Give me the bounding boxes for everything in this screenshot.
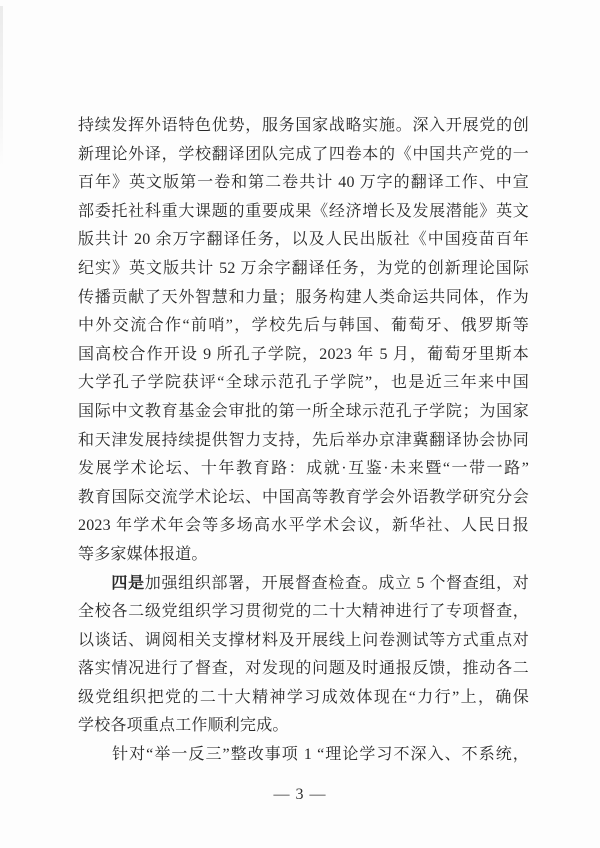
text-line: 新理论外译，学校翻译团队完成了四卷本的《中国共产党的一: [78, 141, 529, 170]
text-run: 国高校合作开设 9 所孔子学院，2023 年 5 月，葡萄牙里斯本: [78, 346, 529, 363]
text-line: 全校各二级党组织学习贯彻党的二十大精神进行了专项督查，: [78, 598, 529, 627]
text-run: 国际中文教育基金会审批的第一所全球示范孔子学院；为国家: [78, 403, 529, 420]
text-run: 大学孔子学院获评“全球示范孔子学院”，也是近三年来中国: [78, 374, 529, 391]
text-line: 百年》英文版第一卷和第二卷共计 40 万字的翻译工作、中宣: [78, 169, 529, 198]
text-run: 持续发挥外语特色优势，服务国家战略实施。深入开展党的创: [78, 117, 529, 134]
text-line: 教育国际交流学术论坛、中国高等教育学会外语教学研究分会: [78, 484, 529, 513]
text-line: 持续发挥外语特色优势，服务国家战略实施。深入开展党的创: [78, 112, 529, 141]
text-line: 针对“举一反三”整改事项 1 “理论学习不深入、不系统，: [78, 741, 529, 770]
text-run: 级党组织把党的二十大精神学习成效体现在“力行”上，确保: [78, 689, 529, 706]
text-run: 中外交流合作“前哨”，学校先后与韩国、葡萄牙、俄罗斯等: [78, 317, 529, 334]
text-run: 学校各项重点工作顺利完成。: [78, 717, 289, 734]
text-run: 全校各二级党组织学习贯彻党的二十大精神进行了专项督查，: [78, 603, 529, 620]
text-line: 级党组织把党的二十大精神学习成效体现在“力行”上，确保: [78, 684, 529, 713]
text-run: 和天津发展持续提供智力支持，先后举办京津冀翻译协会协同: [78, 432, 529, 449]
text-line: 部委托社科重大课题的重要成果《经济增长及发展潜能》英文: [78, 198, 529, 227]
text-run: 发展学术论坛、十年教育路：成就·互鉴·未来暨“一带一路”: [78, 460, 529, 477]
text-run: 加强组织部署，开展督查检查。成立 5 个督查组，对: [145, 575, 529, 592]
text-line: 国高校合作开设 9 所孔子学院，2023 年 5 月，葡萄牙里斯本: [78, 341, 529, 370]
text-run: 新理论外译，学校翻译团队完成了四卷本的《中国共产党的一: [78, 146, 529, 163]
text-line: 2023 年学术年会等多场高水平学术会议，新华社、人民日报: [78, 512, 529, 541]
text-run: 纪实》英文版共计 52 万余字翻译任务，为党的创新理论国际: [78, 260, 529, 277]
text-run: 落实情况进行了督查，对发现的问题及时通报反馈，推动各二: [78, 660, 529, 677]
text-line: 发展学术论坛、十年教育路：成就·互鉴·未来暨“一带一路”: [78, 455, 529, 484]
scan-edge-artifact: [0, 6, 3, 166]
text-run: 传播贡献了天外智慧和力量；服务构建人类命运共同体，作为: [78, 289, 529, 306]
text-line: 落实情况进行了督查，对发现的问题及时通报反馈，推动各二: [78, 655, 529, 684]
text-run: 针对“举一反三”整改事项 1 “理论学习不深入、不系统，: [78, 746, 529, 763]
text-line: 国际中文教育基金会审批的第一所全球示范孔子学院；为国家: [78, 398, 529, 427]
text-line: 和天津发展持续提供智力支持，先后举办京津冀翻译协会协同: [78, 427, 529, 456]
page-number: — 3 —: [0, 786, 600, 804]
text-line: 大学孔子学院获评“全球示范孔子学院”，也是近三年来中国: [78, 369, 529, 398]
text-line: 四是加强组织部署，开展督查检查。成立 5 个督查组，对: [78, 570, 529, 599]
text-line: 纪实》英文版共计 52 万余字翻译任务，为党的创新理论国际: [78, 255, 529, 284]
text-line: 等多家媒体报道。: [78, 541, 529, 570]
document-body: 持续发挥外语特色优势，服务国家战略实施。深入开展党的创新理论外译，学校翻译团队完…: [78, 112, 529, 770]
text-line: 学校各项重点工作顺利完成。: [78, 712, 529, 741]
document-page: 持续发挥外语特色优势，服务国家战略实施。深入开展党的创新理论外译，学校翻译团队完…: [0, 0, 600, 848]
text-run: 2023 年学术年会等多场高水平学术会议，新华社、人民日报: [78, 517, 529, 534]
text-run: 等多家媒体报道。: [78, 546, 208, 563]
text-run: 教育国际交流学术论坛、中国高等教育学会外语教学研究分会: [78, 489, 529, 506]
text-run: [78, 575, 111, 592]
text-line: 版共计 20 余万字翻译任务，以及人民出版社《中国疫苗百年: [78, 226, 529, 255]
text-line: 传播贡献了天外智慧和力量；服务构建人类命运共同体，作为: [78, 284, 529, 313]
text-run: 部委托社科重大课题的重要成果《经济增长及发展潜能》英文: [78, 203, 529, 220]
text-run: 百年》英文版第一卷和第二卷共计 40 万字的翻译工作、中宣: [78, 174, 529, 191]
text-run: 版共计 20 余万字翻译任务，以及人民出版社《中国疫苗百年: [78, 231, 529, 248]
text-line: 中外交流合作“前哨”，学校先后与韩国、葡萄牙、俄罗斯等: [78, 312, 529, 341]
text-line: 以谈话、调阅相关支撑材料及开展线上问卷测试等方式重点对: [78, 627, 529, 656]
bold-run: 四是: [111, 575, 144, 592]
text-run: 以谈话、调阅相关支撑材料及开展线上问卷测试等方式重点对: [78, 632, 529, 649]
